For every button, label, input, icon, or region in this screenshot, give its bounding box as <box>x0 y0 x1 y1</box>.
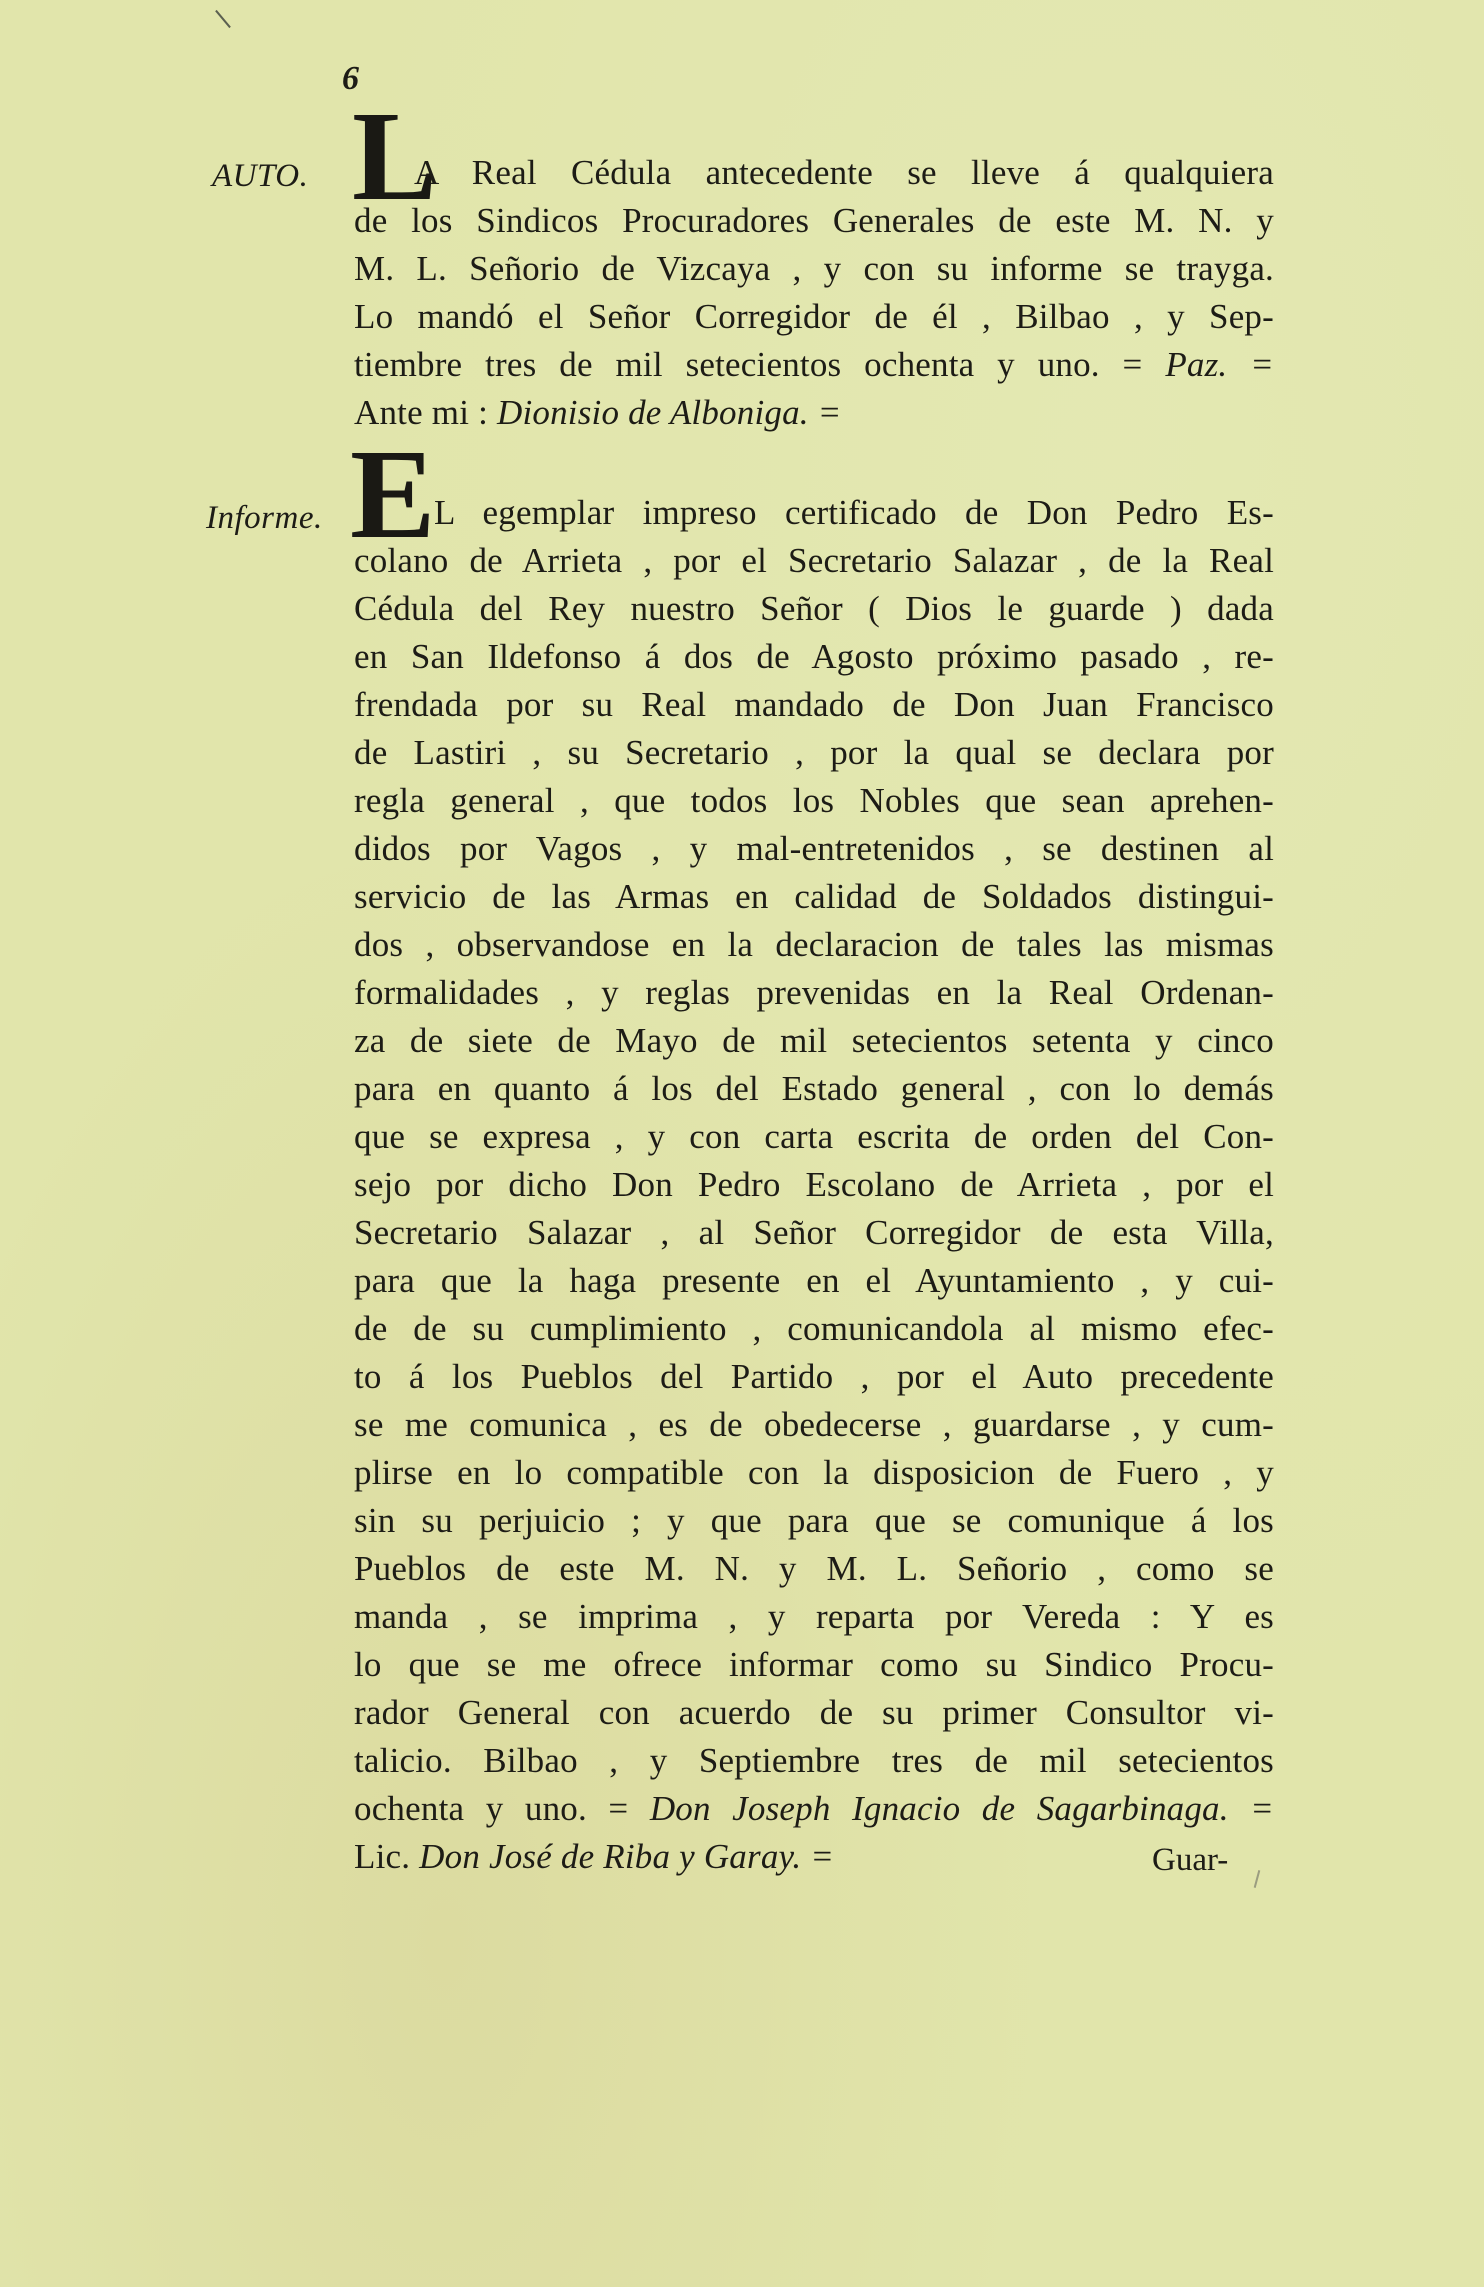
informe-line-1: L egemplar impreso certificado de Don Pe… <box>434 490 1274 536</box>
informe-line-16: Secretario Salazar , al Señor Corregidor… <box>354 1210 1274 1256</box>
informe-line-24: manda , se imprima , y reparta por Vered… <box>354 1594 1274 1640</box>
auto-line-1: A Real Cédula antecedente se lleve á qua… <box>414 150 1274 196</box>
informe-line-8: didos por Vagos , y mal-entretenidos , s… <box>354 826 1274 872</box>
signature-paz: Paz. = <box>1165 345 1274 384</box>
signature-sagarbinaga: Don Joseph Ignacio de Sagarbinaga. = <box>650 1789 1274 1828</box>
auto-line-6: Ante mi : Dionisio de Alboniga. = <box>354 390 1274 436</box>
informe-line-25: lo que se me ofrece informar como su Sin… <box>354 1642 1274 1688</box>
stray-ink-mark <box>1254 1870 1261 1888</box>
auto-line-3: M. L. Señorio de Vizcaya , y con su info… <box>354 246 1274 292</box>
informe-line-23: Pueblos de este M. N. y M. L. Señorio , … <box>354 1546 1274 1592</box>
informe-line-3: Cédula del Rey nuestro Señor ( Dios le g… <box>354 586 1274 632</box>
stray-ink-mark <box>215 10 231 28</box>
signature-alboniga: Dionisio de Alboniga. = <box>497 393 842 432</box>
informe-line-19: to á los Pueblos del Partido , por el Au… <box>354 1354 1274 1400</box>
informe-line-13: para en quanto á los del Estado general … <box>354 1066 1274 1112</box>
informe-line-15: sejo por dicho Don Pedro Escolano de Arr… <box>354 1162 1274 1208</box>
informe-line-28: ochenta y uno. = Don Joseph Ignacio de S… <box>354 1786 1274 1832</box>
informe-line-14: que se expresa , y con carta escrita de … <box>354 1114 1274 1160</box>
auto-line-4: Lo mandó el Señor Corregidor de él , Bil… <box>354 294 1274 340</box>
margin-label-informe: Informe. <box>206 502 323 535</box>
informe-line-6: de Lastiri , su Secretario , por la qual… <box>354 730 1274 776</box>
informe-line-7: regla general , que todos los Nobles que… <box>354 778 1274 824</box>
informe-line-29: Lic. Don José de Riba y Garay. = <box>354 1834 994 1880</box>
auto-line-5: tiembre tres de mil setecientos ochenta … <box>354 342 1274 388</box>
informe-line-2: colano de Arrieta , por el Secretario Sa… <box>354 538 1274 584</box>
informe-line-5: frendada por su Real mandado de Don Juan… <box>354 682 1274 728</box>
informe-line-22: sin su perjuicio ; y que para que se com… <box>354 1498 1274 1544</box>
catchword: Guar- <box>1152 1844 1228 1877</box>
informe-line-18: de de su cumplimiento , comunicandola al… <box>354 1306 1274 1352</box>
auto-line-2: de los Sindicos Procuradores Generales d… <box>354 198 1274 244</box>
informe-line-27: talicio. Bilbao , y Septiembre tres de m… <box>354 1738 1274 1784</box>
informe-line-10: dos , observandose en la declaracion de … <box>354 922 1274 968</box>
informe-line-12: za de siete de Mayo de mil setecientos s… <box>354 1018 1274 1064</box>
signature-riba-garay: Don José de Riba y Garay. = <box>419 1837 834 1876</box>
informe-line-9: servicio de las Armas en calidad de Sold… <box>354 874 1274 920</box>
informe-line-26: rador General con acuerdo de su primer C… <box>354 1690 1274 1736</box>
informe-line-20: se me comunica , es de obedecerse , guar… <box>354 1402 1274 1448</box>
informe-line-11: formalidades , y reglas prevenidas en la… <box>354 970 1274 1016</box>
informe-line-4: en San Ildefonso á dos de Agosto próximo… <box>354 634 1274 680</box>
margin-label-auto: AUTO. <box>212 160 308 193</box>
document-page: 6 AUTO. L A Real Cédula antecedente se l… <box>0 0 1484 2287</box>
informe-line-21: plirse en lo compatible con la disposici… <box>354 1450 1274 1496</box>
informe-line-17: para que la haga presente en el Ayuntami… <box>354 1258 1274 1304</box>
